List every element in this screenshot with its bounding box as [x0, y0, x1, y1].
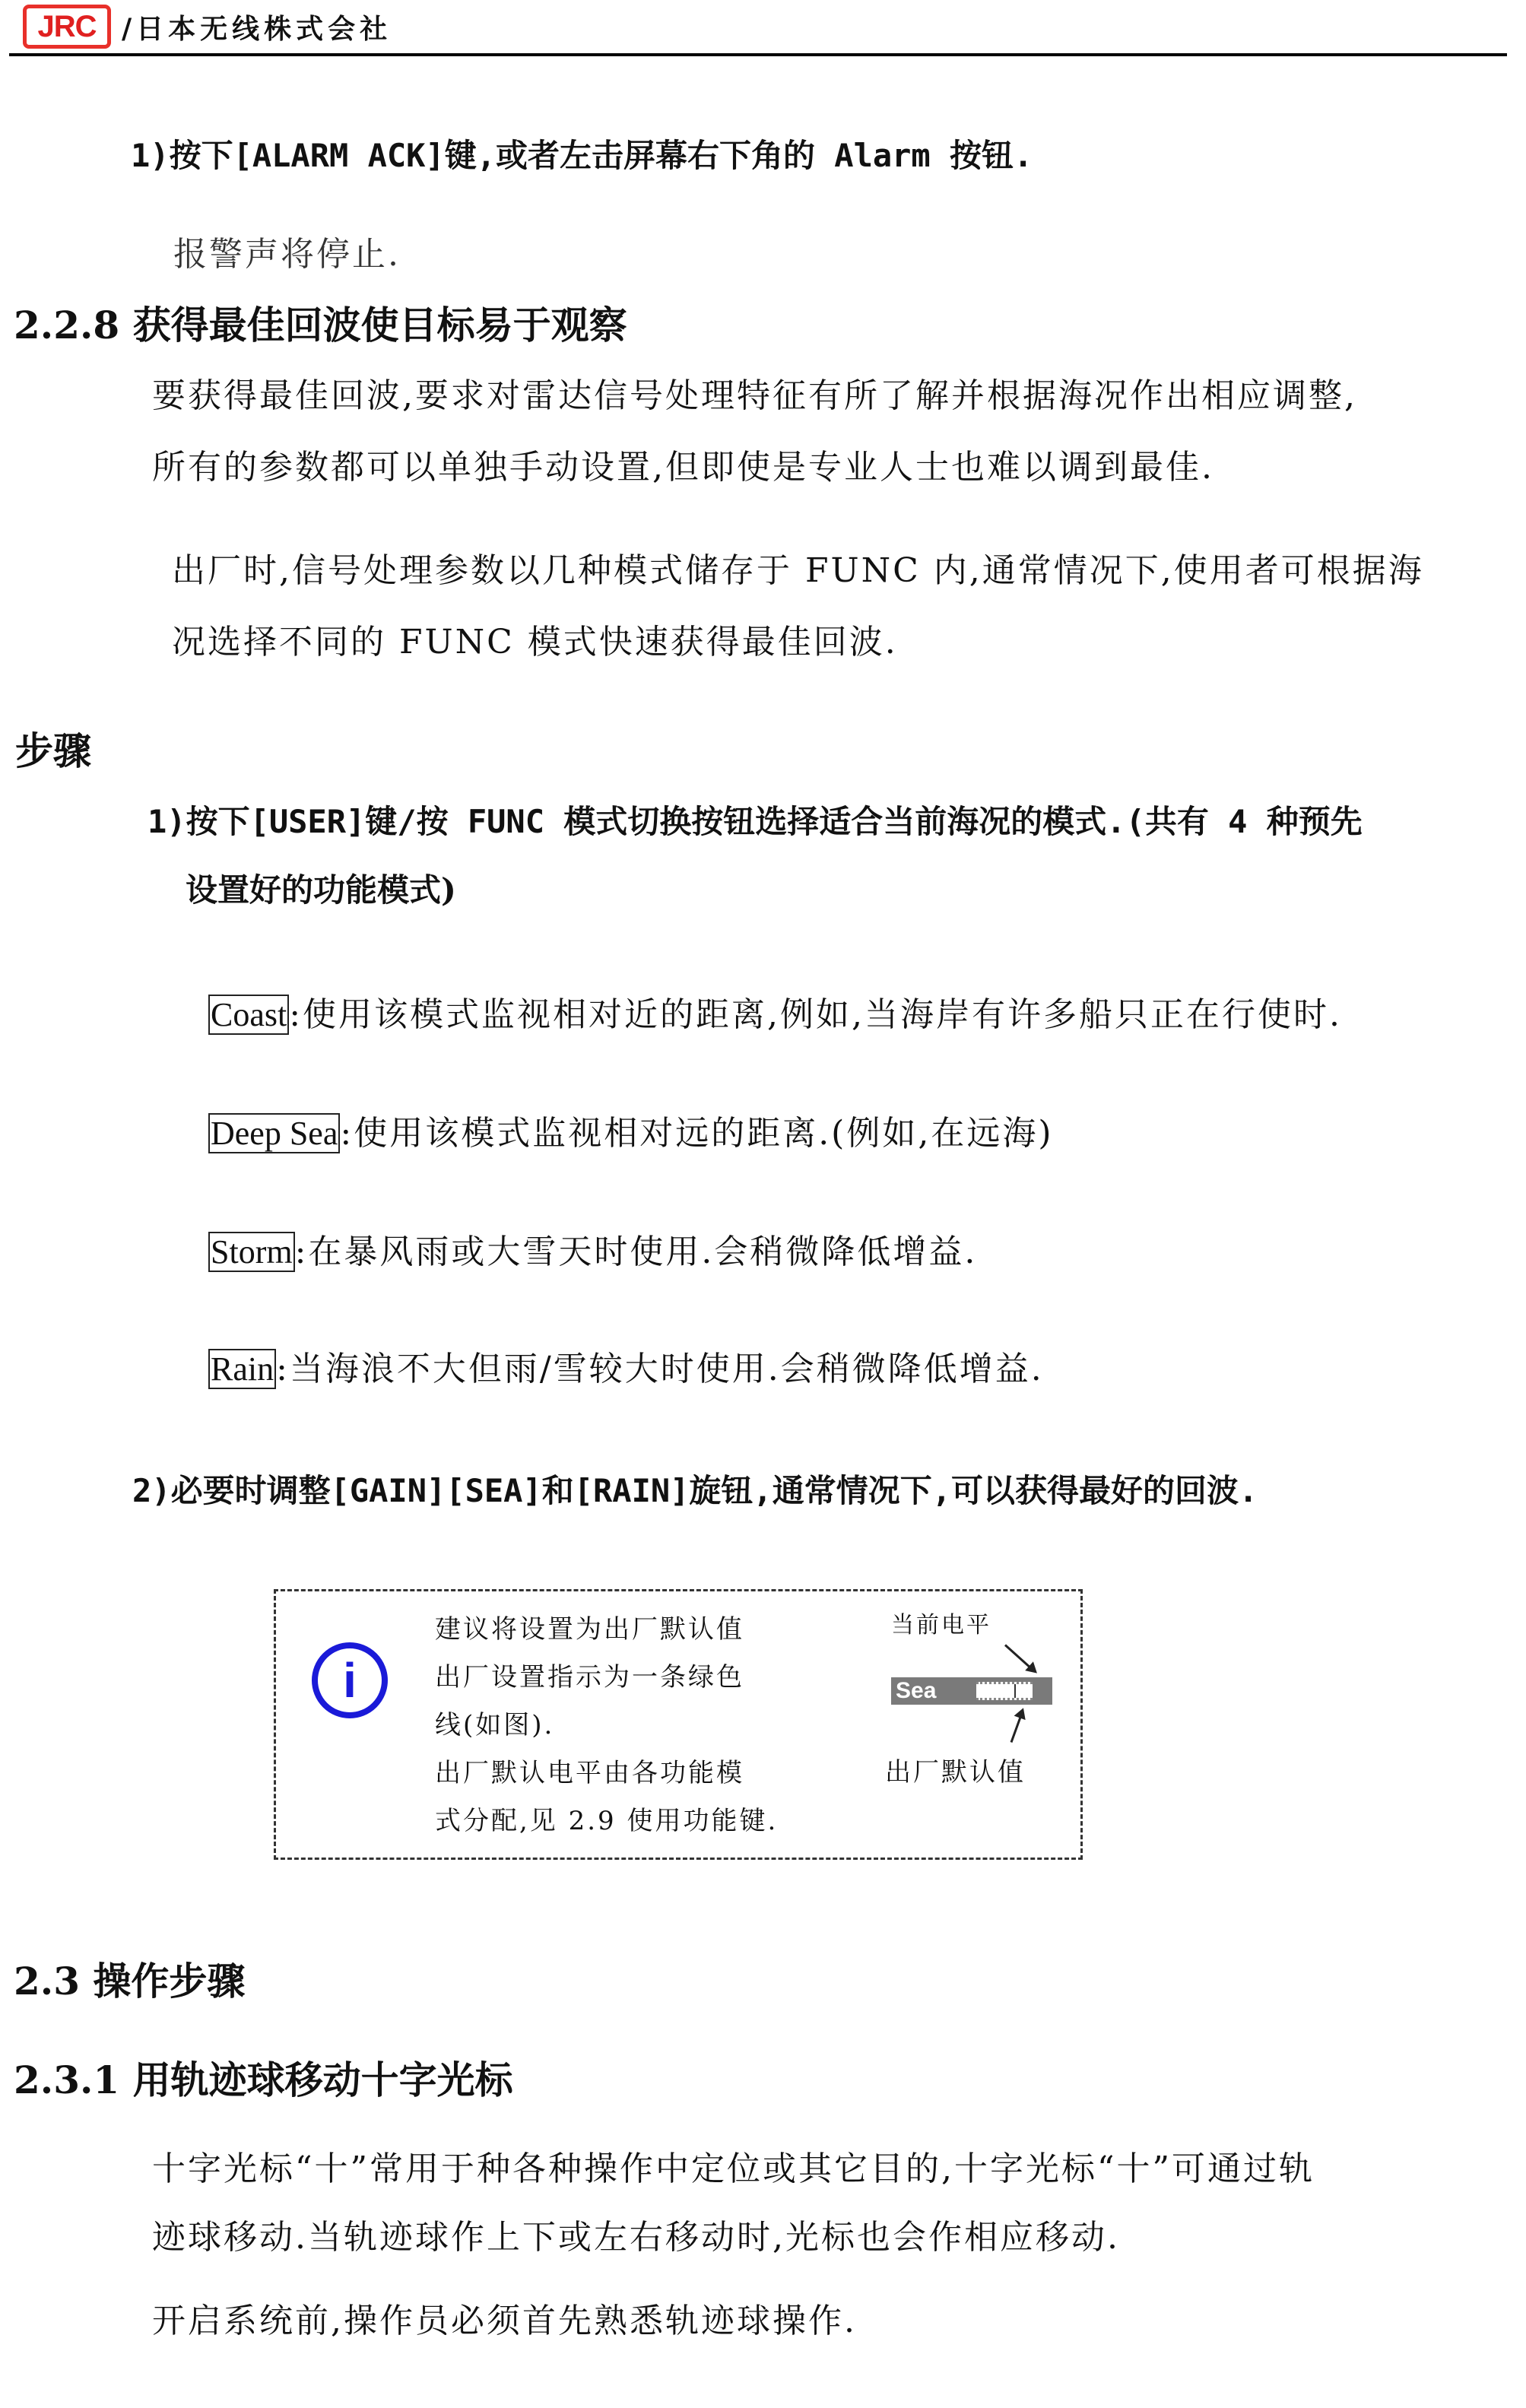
- section-heading-2-2-8: 2.2.8 获得最佳回波使目标易于观察: [14, 295, 627, 350]
- default-marker: [1014, 1684, 1016, 1698]
- procedure-step-1-cont: 设置好的功能模式): [186, 865, 456, 911]
- paragraph-line: 开启系统前,操作员必须首先熟悉轨迹球操作.: [152, 2293, 857, 2342]
- note-text: 建议将设置为出厂默认值 出厂设置指示为一条绿色 线(如图). 出厂默认电平由各功…: [435, 1606, 778, 1845]
- mode-desc: :使用该模式监视相对近的距离,例如,当海岸有许多船只正在行使时.: [289, 995, 1342, 1034]
- paragraph-line: 所有的参数都可以单独手动设置,但即使是专业人士也难以调到最佳.: [152, 439, 1214, 488]
- factory-default-label: 出厂默认值: [885, 1749, 1026, 1797]
- mode-deep-sea: Deep Sea:使用该模式监视相对远的距离.(例如,在远海): [208, 1106, 1054, 1154]
- current-level-label: 当前电平: [891, 1601, 991, 1649]
- mode-storm: Storm:在暴风雨或大雪天时使用.会稍微降低增益.: [208, 1224, 977, 1273]
- section-heading-2-3-1: 2.3.1 用轨迹球移动十字光标: [14, 2050, 513, 2105]
- sea-bar-label: Sea: [896, 1677, 936, 1705]
- procedure-step-2: 2)必要时调整[GAIN][SEA]和[RAIN]旋钮,通常情况下,可以获得最好…: [132, 1466, 1258, 1512]
- section-heading-2-3: 2.3 操作步骤: [14, 1951, 245, 2006]
- mode-desc: :在暴风雨或大雪天时使用.会稍微降低增益.: [295, 1233, 978, 1271]
- jrc-logo: JRC: [23, 5, 111, 49]
- paragraph-line: 出厂时,信号处理参数以几种模式储存于 FUNC 内,通常情况下,使用者可根据海: [172, 543, 1424, 592]
- paragraph-line: 况选择不同的 FUNC 模式快速获得最佳回波.: [172, 614, 898, 663]
- mode-tag-coast: Coast: [208, 995, 289, 1035]
- paragraph-line: 要获得最佳回波,要求对雷达信号处理特征有所了解并根据海况作出相应调整,: [152, 368, 1357, 417]
- note-line: 出厂设置指示为一条绿色: [435, 1654, 778, 1702]
- mode-tag-storm: Storm: [208, 1232, 295, 1272]
- mode-coast: Coast:使用该模式监视相对近的距离,例如,当海岸有许多船只正在行使时.: [208, 987, 1342, 1036]
- alarm-result: 报警声将停止.: [173, 227, 401, 275]
- header-divider: [9, 53, 1507, 56]
- paragraph-line: 迹球移动.当轨迹球作上下或左右移动时,光标也会作相应移动.: [152, 2210, 1120, 2258]
- paragraph-line: 十字光标“十”常用于种各种操作中定位或其它目的,十字光标“十”可通过轨: [152, 2141, 1315, 2190]
- mode-desc: :当海浪不大但雨/雪较大时使用.会稍微降低增益.: [276, 1350, 1044, 1388]
- note-line: 出厂默认电平由各功能模: [435, 1750, 778, 1797]
- alarm-step-1: 1)按下[ALARM ACK]键,或者左击屏幕右下角的 Alarm 按钮.: [131, 131, 1033, 176]
- company-name: /日本无线株式会社: [122, 8, 392, 46]
- procedure-heading: 步骤: [15, 721, 91, 776]
- note-line: 式分配,见 2.9 使用功能键.: [435, 1797, 778, 1845]
- note-line: 线(如图).: [435, 1702, 778, 1750]
- mode-tag-deep-sea: Deep Sea: [208, 1113, 340, 1153]
- sea-level-bar: Sea: [891, 1677, 1052, 1705]
- mode-rain: Rain:当海浪不大但雨/雪较大时使用.会稍微降低增益.: [208, 1341, 1044, 1390]
- procedure-step-1: 1)按下[USER]键/按 FUNC 模式切换按钮选择适合当前海况的模式.(共有…: [148, 797, 1363, 842]
- mode-tag-rain: Rain: [208, 1349, 276, 1389]
- sea-bar-track: [976, 1682, 1033, 1700]
- info-icon: i: [312, 1642, 388, 1718]
- note-line: 建议将设置为出厂默认值: [435, 1606, 778, 1654]
- mode-desc: :使用该模式监视相对远的距离.(例如,在远海): [340, 1114, 1053, 1153]
